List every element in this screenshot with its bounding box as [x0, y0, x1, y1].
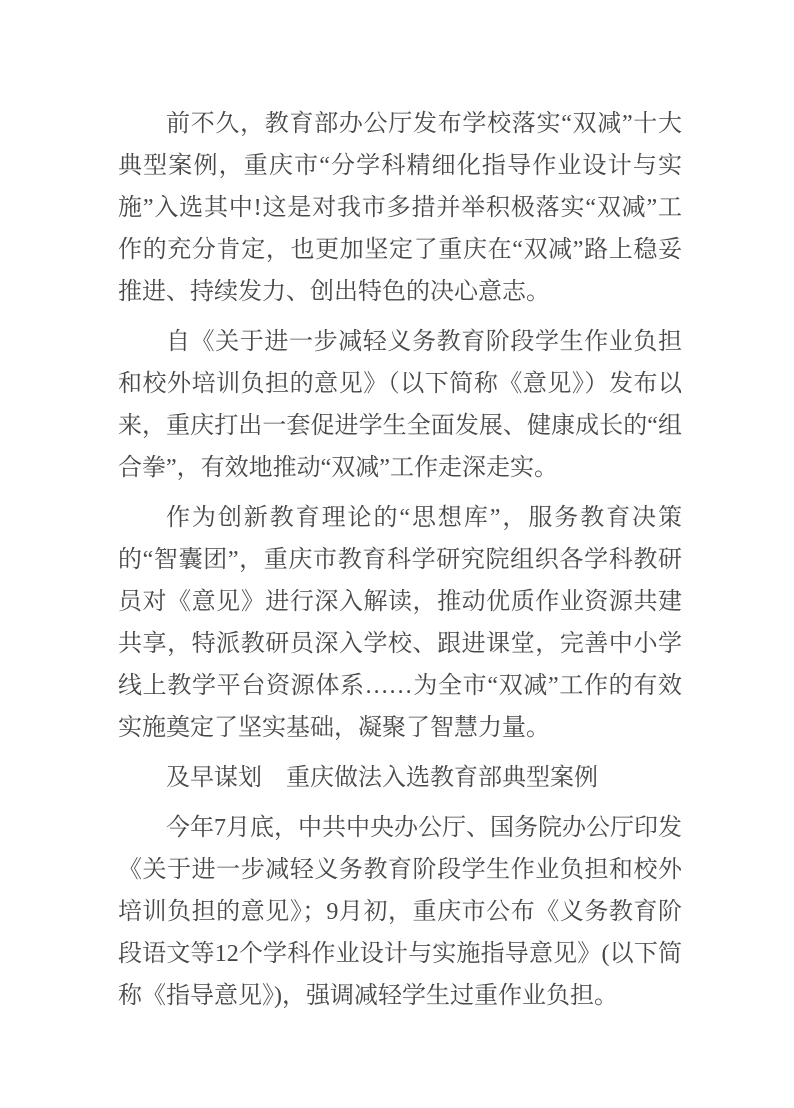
document-body: 前不久，教育部办公厅发布学校落实“双减”十大典型案例，重庆市“分学科精细化指导作… [118, 103, 682, 1025]
body-paragraph-3: 作为创新教育理论的“思想库”，服务教育决策的“智囊团”，重庆市教育科学研究院组织… [118, 497, 682, 749]
body-paragraph-1: 前不久，教育部办公厅发布学校落实“双减”十大典型案例，重庆市“分学科精细化指导作… [118, 103, 682, 313]
body-paragraph-2: 自《关于进一步减轻义务教育阶段学生作业负担和校外培训负担的意见》（以下简称《意见… [118, 321, 682, 489]
document-page: 前不久，教育部办公厅发布学校落实“双减”十大典型案例，重庆市“分学科精细化指导作… [0, 0, 794, 1108]
body-paragraph-4: 今年7月底，中共中央办公厅、国务院办公厅印发《关于进一步减轻义务教育阶段学生作业… [118, 807, 682, 1017]
section-heading: 及早谋划 重庆做法入选教育部典型案例 [118, 757, 682, 799]
